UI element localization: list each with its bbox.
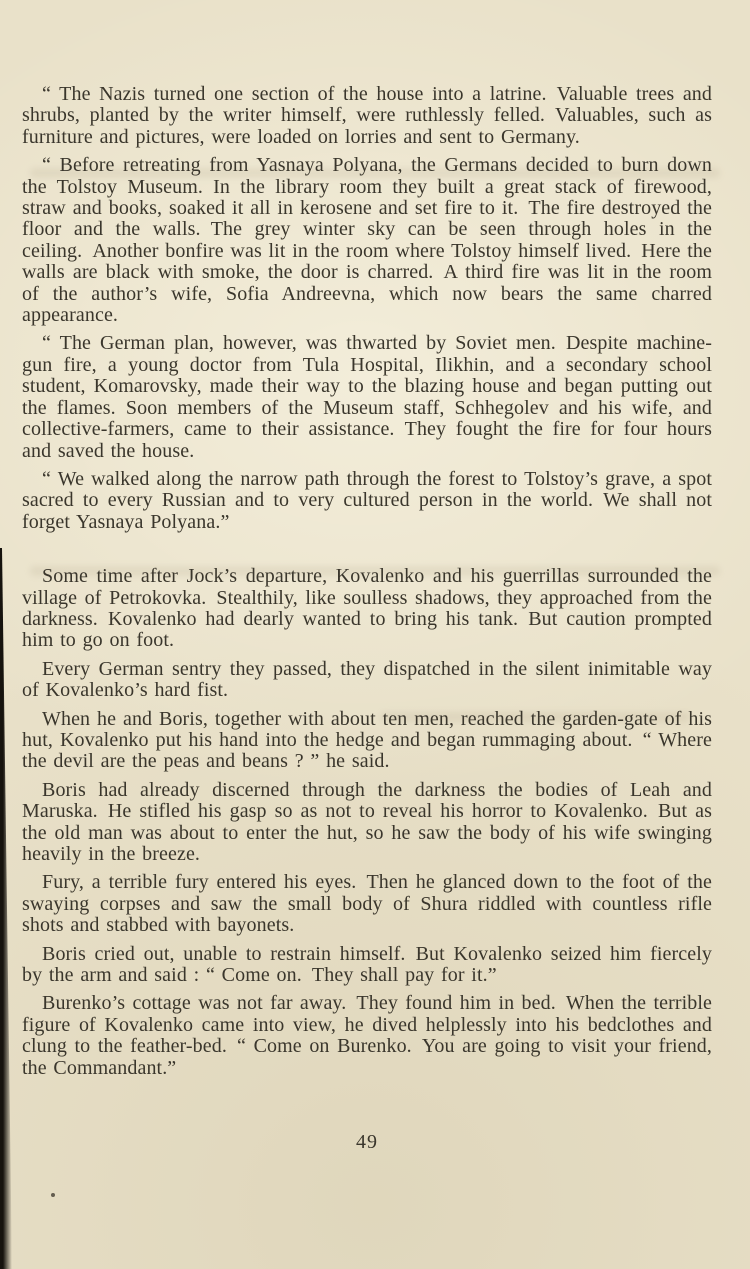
- book-page: “ The Nazis turned one section of the ho…: [0, 0, 750, 1269]
- narrative-paragraph: Every German sentry they passed, they di…: [22, 659, 712, 702]
- page-number: 49: [22, 1131, 712, 1154]
- narrative-paragraph: Boris had already discerned through the …: [22, 780, 712, 866]
- page-text: “ The Nazis turned one section of the ho…: [22, 84, 712, 1086]
- narrative-paragraph: Fury, a terrible fury entered his eyes. …: [22, 872, 712, 936]
- letter-paragraph: “ Before retreating from Yasnaya Polyana…: [22, 155, 712, 326]
- letter-paragraph: “ We walked along the narrow path throug…: [22, 469, 712, 533]
- letter-paragraph: “ The Nazis turned one section of the ho…: [22, 84, 712, 148]
- scan-edge-shadow: [0, 548, 12, 1269]
- narrative-paragraph: When he and Boris, together with about t…: [22, 709, 712, 773]
- narrative-paragraph: Some time after Jock’s departure, Kovale…: [22, 566, 712, 652]
- ink-speck: [51, 1193, 55, 1197]
- letter-paragraph: “ The German plan, however, was thwarted…: [22, 333, 712, 461]
- narrative-paragraph: Boris cried out, unable to restrain hims…: [22, 944, 712, 987]
- narrative-paragraph: Burenko’s cottage was not far away. They…: [22, 993, 712, 1079]
